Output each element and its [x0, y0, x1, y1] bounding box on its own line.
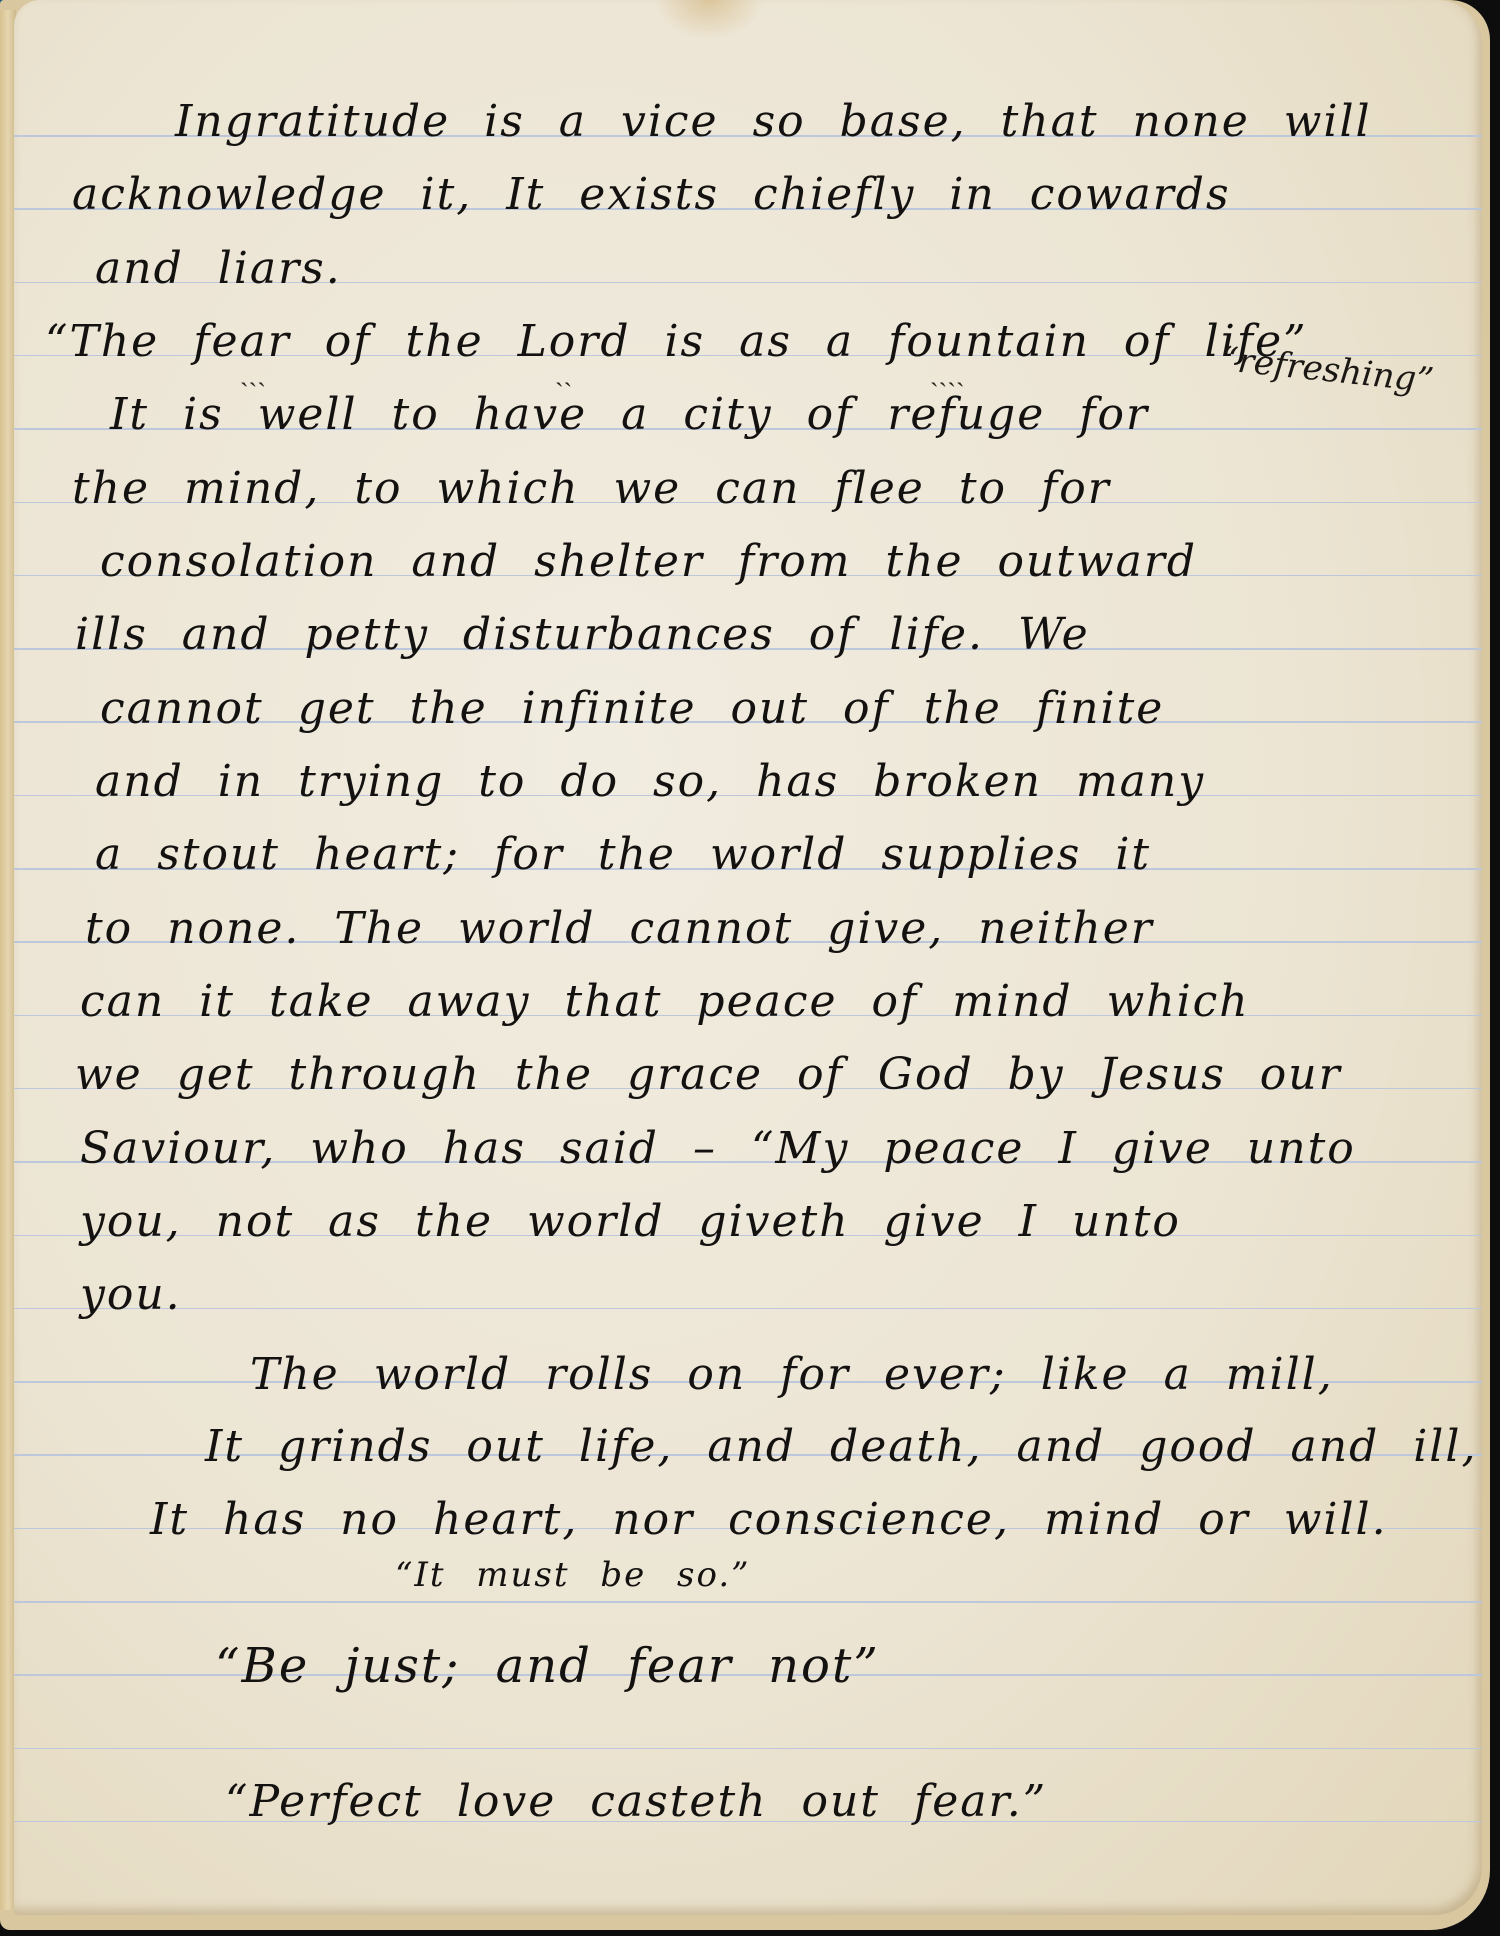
rule-line [14, 1748, 1482, 1750]
ditto-marks: ˎˎˎˎ [930, 358, 965, 388]
text-line: The world rolls on for ever; like a mill… [250, 1353, 1482, 1397]
text-line: the mind, to which we can flee to for [72, 467, 1482, 511]
ditto-marks: ˎˎˎ [240, 358, 266, 388]
text-line: “It must be so.” [395, 1558, 1482, 1592]
text-line: “Perfect love casteth out fear.” [225, 1780, 1482, 1824]
text-line: a stout heart; for the world supplies it [95, 833, 1482, 877]
text-line: Saviour, who has said – “My peace I give… [80, 1127, 1482, 1171]
text-line: It has no heart, nor conscience, mind or… [150, 1498, 1482, 1542]
notebook-page: Ingratitude is a vice so base, that none… [14, 0, 1482, 1915]
text-line: and in trying to do so, has broken many [95, 760, 1482, 804]
text-line: we get through the grace of God by Jesus… [75, 1053, 1482, 1097]
water-stain [654, 0, 764, 40]
text-line: can it take away that peace of mind whic… [80, 980, 1482, 1024]
text-line: consolation and shelter from the outward [100, 540, 1482, 584]
text-line: you, not as the world giveth give I unto [80, 1200, 1482, 1244]
text-line: you. [80, 1273, 1482, 1317]
text-line: ills and petty disturbances of life. We [75, 613, 1482, 657]
text-line: acknowledge it, It exists chiefly in cow… [72, 173, 1482, 217]
text-line: Ingratitude is a vice so base, that none… [175, 100, 1482, 144]
ditto-marks: ˎˎ [555, 358, 572, 388]
text-line: It is well to have a city of refuge for [110, 393, 1482, 437]
text-line: to none. The world cannot give, neither [85, 907, 1482, 951]
text-line: It grinds out life, and death, and good … [205, 1425, 1482, 1469]
rule-line [14, 1601, 1482, 1603]
text-line: “Be just; and fear not” [215, 1642, 1482, 1690]
text-line: and liars. [95, 247, 1482, 291]
text-line: cannot get the infinite out of the finit… [100, 687, 1482, 731]
